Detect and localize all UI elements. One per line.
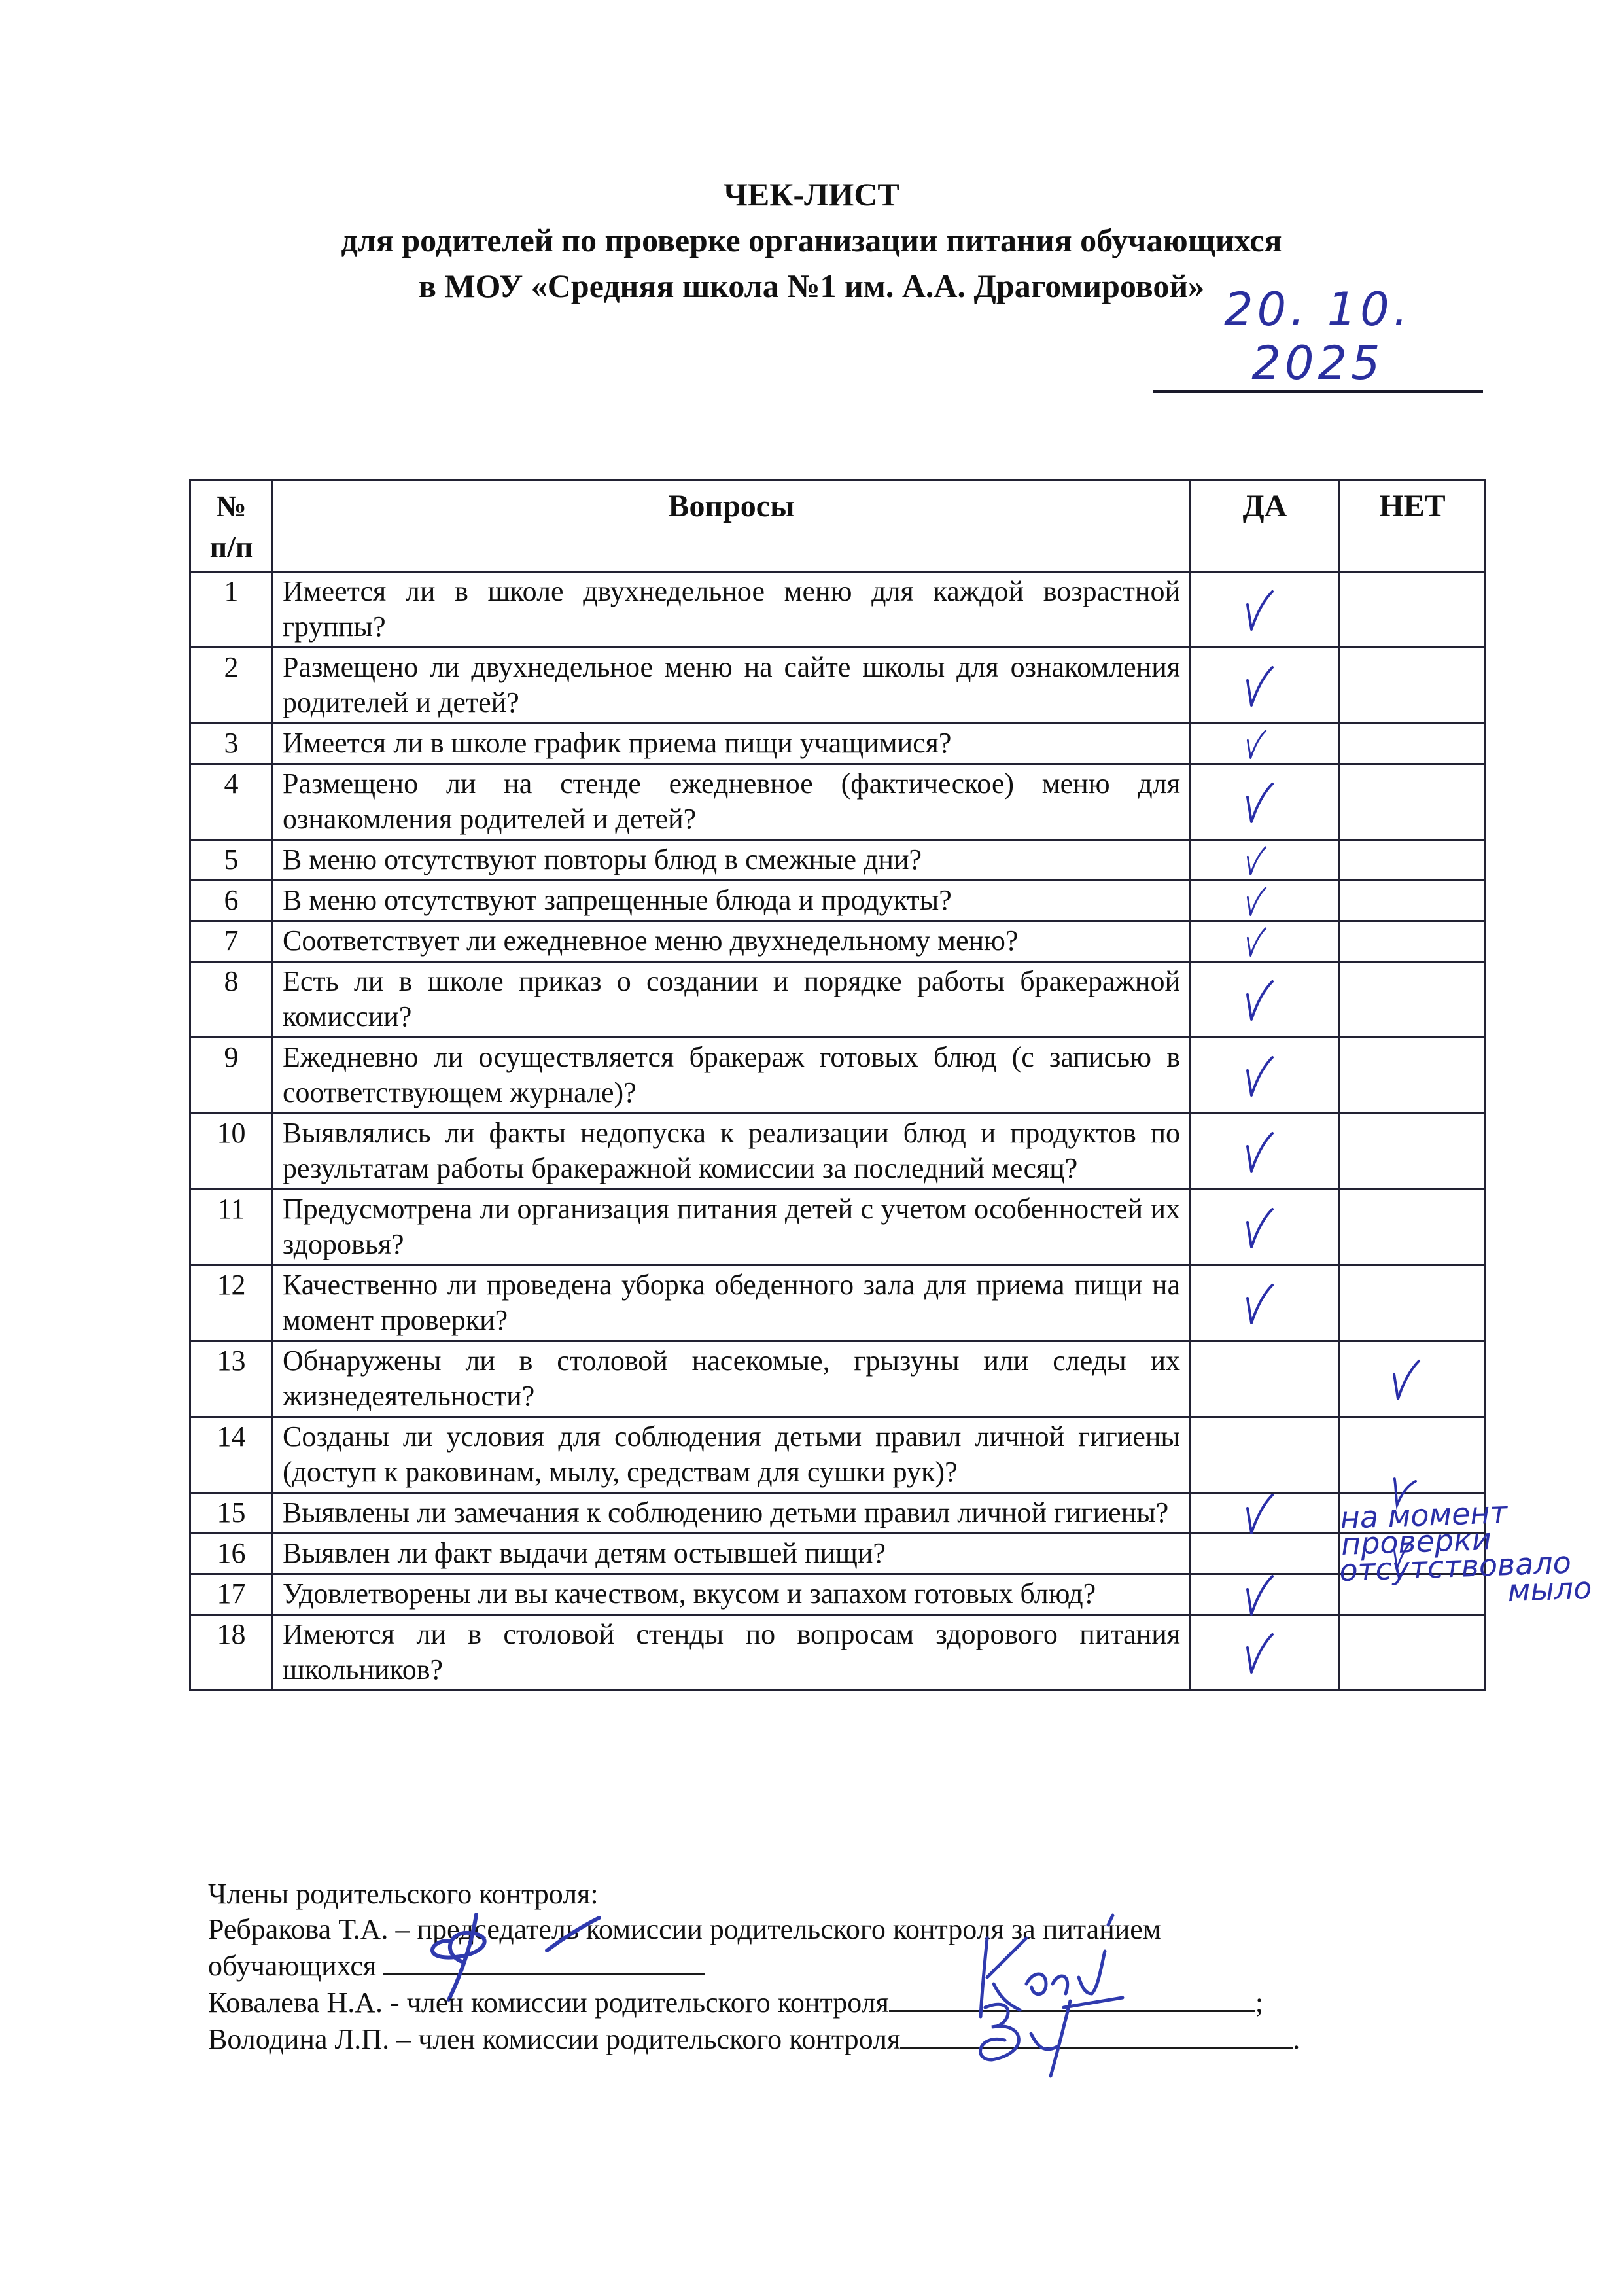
handwritten-check-icon [1245,845,1268,875]
no-cell[interactable] [1340,572,1486,648]
table-row-9: 9 Ежедневно ли осуществляется бракераж г… [190,1038,1486,1114]
yes-cell[interactable] [1191,764,1340,840]
handwritten-check-icon [1245,589,1275,631]
no-cell[interactable] [1340,881,1486,921]
row-number: 18 [190,1615,273,1691]
row-number: 2 [190,648,273,724]
yes-cell[interactable] [1191,1038,1340,1114]
member-3-label: Володина Л.П. – член комиссии родительск… [208,2023,900,2055]
yes-cell[interactable] [1191,724,1340,764]
row-question: Ежедневно ли осуществляется бракераж гот… [273,1038,1191,1114]
date-field: 20. 10. 2025 [1153,327,1483,393]
signature-field-member-3[interactable] [900,2021,1293,2049]
handwritten-check-icon [1245,927,1268,957]
row-question: Созданы ли условия для соблюдения детьми… [273,1417,1191,1493]
handwritten-note-row14: на момент проверки отсутствовало мыло [1340,1495,1618,1610]
checklist-table: № п/п Вопросы ДА НЕТ 1 Имеется ли в школ… [189,479,1486,1691]
row-question: Выявлен ли факт выдачи детям остывшей пи… [273,1534,1191,1574]
member-chair-label: обучающихся [208,1950,376,1982]
yes-cell[interactable] [1191,572,1340,648]
row-number: 4 [190,764,273,840]
row-number: 17 [190,1574,273,1615]
yes-cell[interactable] [1191,1265,1340,1341]
table-row-6: 6 В меню отсутствуют запрещенные блюда и… [190,881,1486,921]
row-question: Размещено ли на стенде ежедневное (факти… [273,764,1191,840]
checklist-page: ЧЕК-ЛИСТ для родителей по проверке орган… [0,0,1623,2296]
row-number: 1 [190,572,273,648]
yes-cell[interactable] [1191,1341,1340,1417]
header-number: № п/п [190,480,273,572]
title-line-2: для родителей по проверке организации пи… [0,217,1623,263]
row-question: Есть ли в школе приказ о создании и поря… [273,962,1191,1038]
row-number: 10 [190,1114,273,1190]
yes-cell[interactable] [1191,1114,1340,1190]
table-header-row: № п/п Вопросы ДА НЕТ [190,480,1486,572]
handwritten-check-icon [1245,1207,1275,1248]
row-number: 16 [190,1534,273,1574]
yes-cell[interactable] [1191,1417,1340,1493]
header-yes: ДА [1191,480,1340,572]
row-number: 12 [190,1265,273,1341]
table-row-4: 4 Размещено ли на стенде ежедневное (фак… [190,764,1486,840]
handwritten-check-icon [1245,1574,1275,1616]
row-question: Имеются ли в столовой стенды по вопросам… [273,1615,1191,1691]
signature-field-chair[interactable] [383,1947,705,1975]
no-cell[interactable] [1340,724,1486,764]
table-row-7: 7 Соответствует ли ежедневное меню двухн… [190,921,1486,962]
no-cell[interactable] [1340,921,1486,962]
members-section: Члены родительского контроля: Ребракова … [208,1877,1451,2057]
row-question: Соответствует ли ежедневное меню двухнед… [273,921,1191,962]
yes-cell[interactable] [1191,1534,1340,1574]
row-number: 11 [190,1190,273,1265]
table-row-16: 16 Выявлен ли факт выдачи детям остывшей… [190,1534,1486,1574]
yes-cell[interactable] [1191,881,1340,921]
table-row-11: 11 Предусмотрена ли организация питания … [190,1190,1486,1265]
title-line-1: ЧЕК-ЛИСТ [0,171,1623,217]
member-2-label: Ковалева Н.А. - член комиссии родительск… [208,1987,889,2019]
member-chair-line1: Ребракова Т.А. – председатель комиссии р… [208,1912,1451,1947]
row-number: 3 [190,724,273,764]
note-line-4: мыло [1507,1574,1618,1604]
handwritten-check-icon [1245,665,1275,707]
row-question: Выявлялись ли факты недопуска к реализац… [273,1114,1191,1190]
no-cell[interactable] [1340,1038,1486,1114]
no-cell[interactable] [1340,1615,1486,1691]
yes-cell[interactable] [1191,1493,1340,1534]
handwritten-check-icon [1245,1492,1275,1534]
row-question: В меню отсутствуют повторы блюд в смежны… [273,840,1191,881]
row-question: Обнаружены ли в столовой насекомые, грыз… [273,1341,1191,1417]
member-3-line: Володина Л.П. – член комиссии родительск… [208,2021,1451,2057]
no-cell[interactable] [1340,1190,1486,1265]
yes-cell[interactable] [1191,962,1340,1038]
no-cell[interactable] [1340,962,1486,1038]
handwritten-check-icon [1245,1055,1275,1097]
no-cell[interactable] [1340,1265,1486,1341]
handwritten-date: 20. 10. 2025 [1153,283,1483,390]
table-row-15: 15 Выявлены ли замечания к соблюдению де… [190,1493,1486,1534]
table-row-12: 12 Качественно ли проведена уборка обеде… [190,1265,1486,1341]
member-2-end: ; [1255,1987,1263,2019]
row-question: Размещено ли двухнедельное меню на сайте… [273,648,1191,724]
handwritten-check-icon [1245,781,1275,823]
handwritten-check-icon [1391,1358,1422,1400]
handwritten-check-icon [1245,1282,1275,1324]
table-row-10: 10 Выявлялись ли факты недопуска к реали… [190,1114,1486,1190]
member-2-line: Ковалева Н.А. - член комиссии родительск… [208,1984,1451,2021]
row-number: 13 [190,1341,273,1417]
header-number-sign: № [192,486,270,527]
row-number: 5 [190,840,273,881]
table-row-13: 13 Обнаружены ли в столовой насекомые, г… [190,1341,1486,1417]
row-number: 14 [190,1417,273,1493]
handwritten-check-icon [1245,886,1268,916]
yes-cell[interactable] [1191,1190,1340,1265]
row-number: 9 [190,1038,273,1114]
handwritten-check-icon [1245,1131,1275,1173]
handwritten-check-icon [1245,729,1268,759]
member-chair-line2: обучающихся [208,1947,1451,1984]
yes-cell[interactable] [1191,921,1340,962]
row-number: 6 [190,881,273,921]
row-question: Удовлетворены ли вы качеством, вкусом и … [273,1574,1191,1615]
members-heading: Члены родительского контроля: [208,1877,1451,1912]
yes-cell[interactable] [1191,1574,1340,1615]
table-row-8: 8 Есть ли в школе приказ о создании и по… [190,962,1486,1038]
yes-cell[interactable] [1191,1615,1340,1691]
row-question: Предусмотрена ли организация питания дет… [273,1190,1191,1265]
row-number: 15 [190,1493,273,1534]
no-cell[interactable] [1340,1341,1486,1417]
handwritten-check-icon [1245,979,1275,1021]
header-number-pp: п/п [192,527,270,567]
header-questions: Вопросы [273,480,1191,572]
row-question: В меню отсутствуют запрещенные блюда и п… [273,881,1191,921]
table-row-17: 17 Удовлетворены ли вы качеством, вкусом… [190,1574,1486,1615]
row-number: 7 [190,921,273,962]
table-row-3: 3 Имеется ли в школе график приема пищи … [190,724,1486,764]
row-question: Выявлены ли замечания к соблюдению детьм… [273,1493,1191,1534]
table-row-5: 5 В меню отсутствуют повторы блюд в смеж… [190,840,1486,881]
yes-cell[interactable] [1191,648,1340,724]
row-number: 8 [190,962,273,1038]
header-no: НЕТ [1340,480,1486,572]
row-question: Имеется ли в школе двухнедельное меню дл… [273,572,1191,648]
table-row-2: 2 Размещено ли двухнедельное меню на сай… [190,648,1486,724]
row-question: Имеется ли в школе график приема пищи уч… [273,724,1191,764]
handwritten-check-icon [1245,1632,1275,1674]
no-cell[interactable] [1340,1114,1486,1190]
no-cell[interactable] [1340,648,1486,724]
table-row-1: 1 Имеется ли в школе двухнедельное меню … [190,572,1486,648]
no-cell[interactable] [1340,840,1486,881]
signature-member-3-icon [966,1988,1136,2079]
table-row-18: 18 Имеются ли в столовой стенды по вопро… [190,1615,1486,1691]
no-cell[interactable] [1340,764,1486,840]
yes-cell[interactable] [1191,840,1340,881]
row-question: Качественно ли проведена уборка обеденно… [273,1265,1191,1341]
member-3-end: . [1293,2023,1300,2055]
table-row-14: 14 Созданы ли условия для соблюдения дет… [190,1417,1486,1493]
